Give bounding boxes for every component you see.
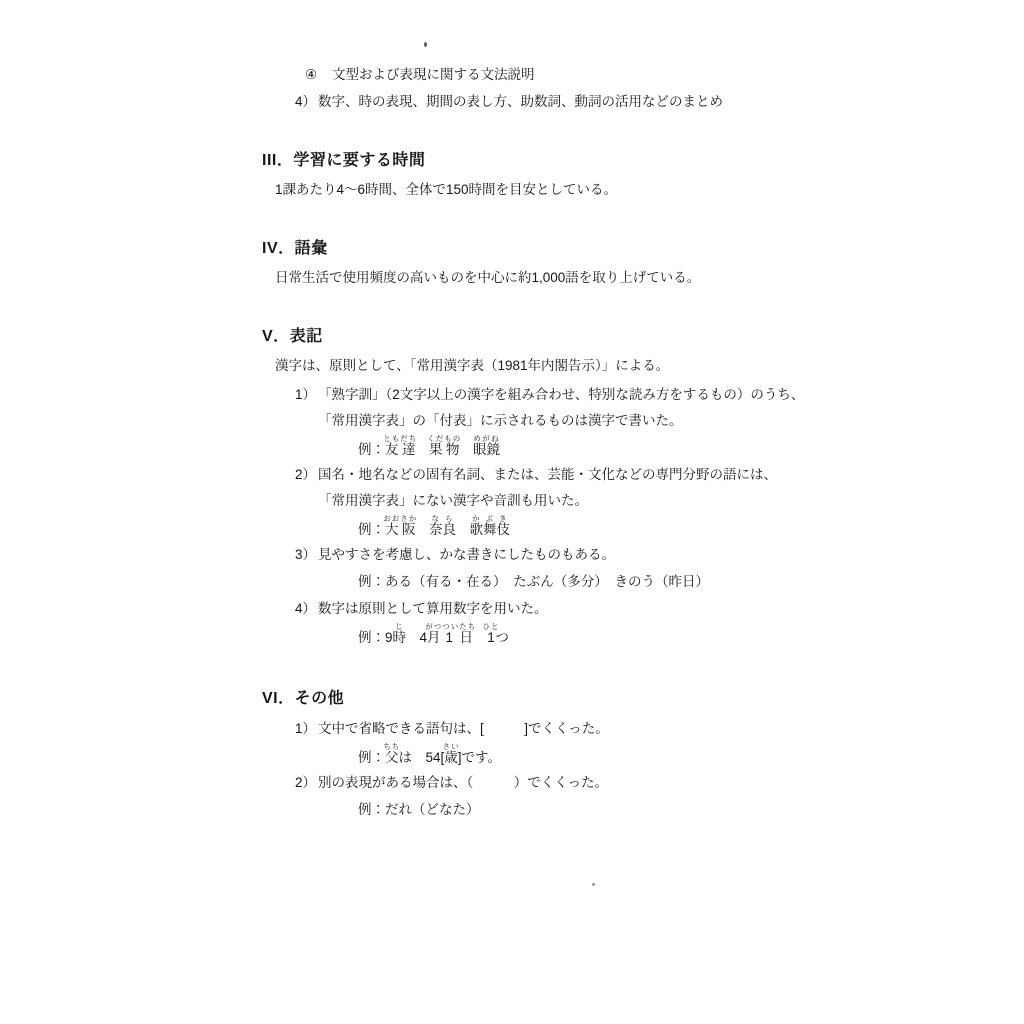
section-title: 語彙: [295, 240, 328, 257]
item-number-marker: 3）: [295, 542, 318, 568]
list-item-numbered: 4） 数字、時の表現、期間の表し方、助数詞、動詞の活用などのまとめ: [295, 92, 807, 112]
list-item-line: 2） 国名・地名などの固有名詞、または、芸能・文化などの専門分野の語には、: [295, 462, 807, 488]
section-title: 学習に要する時間: [293, 152, 425, 169]
item-number-marker: 4）: [295, 92, 318, 112]
item-text: 別の表現がある場合は、（ ）でくくった。: [318, 770, 608, 796]
list-item-text: 文型および表現に関する文法説明: [332, 65, 535, 85]
example-line: 例：友達ともだち 果物くだもの 眼鏡めがね: [358, 434, 807, 462]
list-item-line: 4） 数字は原則として算用数字を用いた。: [295, 596, 807, 622]
section-items: 1） 文中で省略できる語句は、[ ]でくくった。 例：父ちちは 54[歳さい]で…: [262, 716, 807, 824]
document-page: ④ 文型および表現に関する文法説明 4） 数字、時の表現、期間の表し方、助数詞、…: [0, 0, 1024, 1024]
section-body: 漢字は、原則として、「常用漢字表（1981年内閣告示）」による。: [275, 356, 807, 376]
list-item: 4） 数字は原則として算用数字を用いた。 例：9時じ 4月がつ1日ついたち 1ひ…: [295, 596, 807, 650]
scan-speck: [592, 883, 595, 886]
list-item-text: 数字、時の表現、期間の表し方、助数詞、動詞の活用などのまとめ: [318, 92, 723, 112]
item-text: 国名・地名などの固有名詞、または、芸能・文化などの専門分野の語には、: [318, 462, 777, 488]
list-item: 2） 国名・地名などの固有名詞、または、芸能・文化などの専門分野の語には、 「常…: [295, 462, 807, 542]
list-item: 3） 見やすさを考慮し、かな書きにしたものもある。 例：ある（有る・在る） たぶ…: [295, 542, 807, 596]
section-body: 日常生活で使用頻度の高いものを中心に約1,000語を取り上げている。: [275, 268, 807, 288]
item-text: 文中で省略できる語句は、[ ]でくくった。: [318, 716, 609, 742]
item-continuation: 「常用漢字表」にない漢字や音訓も用いた。: [318, 488, 807, 514]
section-vocabulary: IV．語彙 日常生活で使用頻度の高いものを中心に約1,000語を取り上げている。: [262, 238, 807, 288]
item-number-marker: 2）: [295, 770, 318, 796]
section-title: その他: [295, 690, 345, 707]
list-item: 1） 「熟字訓」（2文字以上の漢字を組み合わせ、特別な読み方をするもの）のうち、…: [295, 382, 807, 462]
section-body: 1課あたり4～6時間、全体で150時間を目安としている。: [275, 180, 807, 200]
document-content: ④ 文型および表現に関する文法説明 4） 数字、時の表現、期間の表し方、助数詞、…: [262, 65, 807, 824]
item-number-marker: 2）: [295, 462, 318, 488]
section-study-time: III．学習に要する時間 1課あたり4～6時間、全体で150時間を目安としている…: [262, 150, 807, 200]
section-numeral: III．: [262, 150, 293, 172]
section-heading: VI．その他: [262, 688, 807, 710]
example-line: 例：ある（有る・在る） たぶん（多分） きのう（昨日）: [358, 568, 807, 596]
section-numeral: V．: [262, 326, 290, 348]
list-item-line: 2） 別の表現がある場合は、（ ）でくくった。: [295, 770, 807, 796]
item-text: 見やすさを考慮し、かな書きにしたものもある。: [318, 542, 615, 568]
section-heading: III．学習に要する時間: [262, 150, 807, 172]
example-line: 例：だれ（どなた）: [358, 796, 807, 824]
item-number-marker: 4）: [295, 596, 318, 622]
section-heading: V．表記: [262, 326, 807, 348]
list-item: 1） 文中で省略できる語句は、[ ]でくくった。 例：父ちちは 54[歳さい]で…: [295, 716, 807, 770]
list-item-line: 1） 文中で省略できる語句は、[ ]でくくった。: [295, 716, 807, 742]
section-heading: IV．語彙: [262, 238, 807, 260]
section-others: VI．その他 1） 文中で省略できる語句は、[ ]でくくった。 例：父ちちは 5…: [262, 688, 807, 824]
section-notation: V．表記 漢字は、原則として、「常用漢字表（1981年内閣告示）」による。 1）…: [262, 326, 807, 650]
item-number-marker: 1）: [295, 716, 318, 742]
item-text: 「熟字訓」（2文字以上の漢字を組み合わせ、特別な読み方をするもの）のうち、: [318, 382, 804, 408]
list-item-circled: ④ 文型および表現に関する文法説明: [305, 65, 807, 85]
item-continuation: 「常用漢字表」の「付表」に示されるものは漢字で書いた。: [318, 408, 807, 434]
circled-number-marker: ④: [305, 65, 332, 85]
list-item-line: 1） 「熟字訓」（2文字以上の漢字を組み合わせ、特別な読み方をするもの）のうち、: [295, 382, 807, 408]
section-title: 表記: [290, 328, 323, 345]
section-numeral: IV．: [262, 238, 295, 260]
example-line: 例：父ちちは 54[歳さい]です。: [358, 742, 807, 770]
example-line: 例：大阪おおさか 奈良なら 歌舞伎かぶき: [358, 514, 807, 542]
section-items: 1） 「熟字訓」（2文字以上の漢字を組み合わせ、特別な読み方をするもの）のうち、…: [262, 382, 807, 650]
section-numeral: VI．: [262, 688, 295, 710]
list-item: 2） 別の表現がある場合は、（ ）でくくった。 例：だれ（どなた）: [295, 770, 807, 824]
list-item-line: 3） 見やすさを考慮し、かな書きにしたものもある。: [295, 542, 807, 568]
example-line: 例：9時じ 4月がつ1日ついたち 1ひとつ: [358, 622, 807, 650]
item-text: 数字は原則として算用数字を用いた。: [318, 596, 548, 622]
scan-speck: [424, 42, 427, 47]
item-number-marker: 1）: [295, 382, 318, 408]
